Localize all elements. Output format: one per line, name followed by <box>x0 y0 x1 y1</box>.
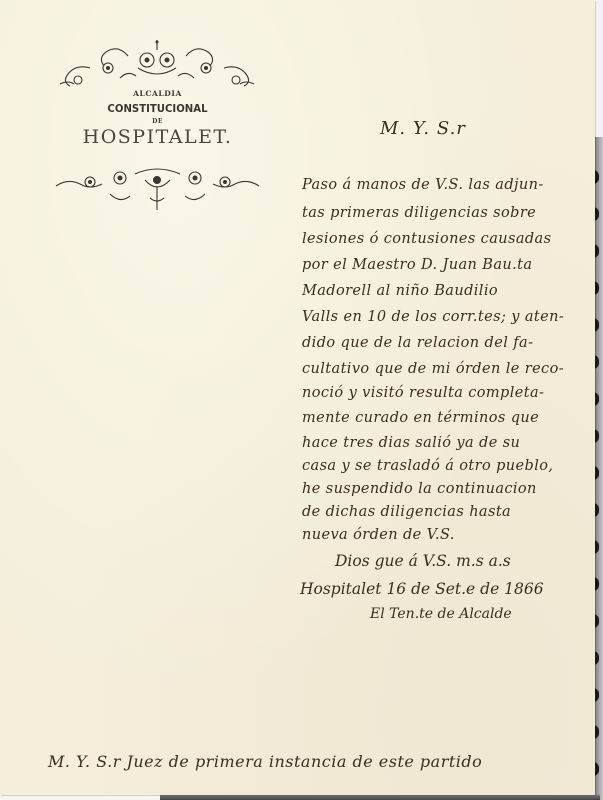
body-line: hace tres dias salió ya de su <box>302 435 520 451</box>
body-line: mente curado en términos que <box>302 410 539 426</box>
signature-line: El Ten.te de Alcalde <box>370 606 512 622</box>
letterhead-hospitalet: HOSPITALET. <box>50 126 265 148</box>
letter-page: ALCALDIA CONSTITUCIONAL DE HOSPITALET. <box>0 0 595 795</box>
letterhead: ALCALDIA CONSTITUCIONAL DE HOSPITALET. <box>50 38 265 218</box>
body-line: nueva órden de V.S. <box>302 527 455 543</box>
page-bottom-shadow <box>160 795 600 800</box>
body-line: noció y visitó resulta completa- <box>302 385 544 401</box>
letterhead-alcaldia: ALCALDIA <box>50 89 265 98</box>
letterhead-de: DE <box>50 118 265 125</box>
body-line: he suspendido la continuacion <box>302 481 537 497</box>
body-line: Paso á manos de V.S. las adjun- <box>302 177 544 193</box>
body-line: Madorell al niño Baudilio <box>302 283 498 299</box>
ornament-top-icon <box>50 38 265 88</box>
ornament-bottom-icon <box>50 166 265 216</box>
closing-line: Dios gue á V.S. m.s a.s <box>335 552 511 570</box>
body-line: Valls en 10 de los corr.tes; y aten- <box>302 309 564 325</box>
body-line: dido que de la relacion del fa- <box>302 335 533 351</box>
salutation: M. Y. S.r <box>380 118 466 139</box>
addressee: M. Y. S.r Juez de primera instancia de e… <box>48 752 482 771</box>
date-line: Hospitalet 16 de Set.e de 1866 <box>300 580 544 598</box>
body-line: cultativo que de mi órden le reco- <box>302 361 564 377</box>
body-line: por el Maestro D. Juan Bau.ta <box>302 257 532 273</box>
body-line: casa y se trasladó á otro pueblo, <box>302 458 553 474</box>
body-line: tas primeras diligencias sobre <box>302 205 536 221</box>
body-line: lesiones ó contusiones causadas <box>302 231 551 247</box>
body-line: de dichas diligencias hasta <box>302 504 511 520</box>
white-margin <box>595 0 603 137</box>
letterhead-constitucional: CONSTITUCIONAL <box>59 102 257 115</box>
